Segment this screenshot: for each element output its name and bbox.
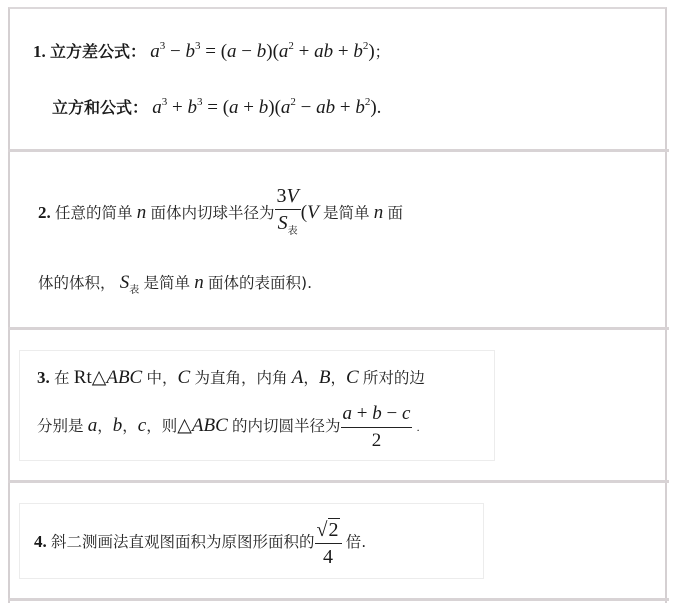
text-fragment: 倍.: [346, 533, 366, 551]
comma: ，: [97, 417, 113, 435]
var-n: n: [194, 272, 204, 293]
text-fragment: 分别是: [37, 417, 84, 435]
subscript-surface: 表: [288, 226, 298, 237]
triangle-symbol: △: [177, 415, 192, 436]
cube-difference-line: 1. 立方差公式： a3 − b3 = (a − b)(a2 + ab + b2…: [33, 41, 390, 63]
var-a: A: [292, 367, 304, 388]
cube-sum-label: 立方和公式：: [52, 98, 148, 117]
item-number: 4.: [34, 532, 47, 551]
fraction-denominator: 4: [315, 544, 342, 569]
triangle-line-1: 3. 在 Rt△ABC 中，C 为直角，内角 A，B，C 所对的边: [37, 367, 425, 389]
text-fragment: 中，: [146, 369, 177, 387]
triangle-line-2: 分别是 a，b，c，则△ABC 的内切圆半径为a + b − c2 .: [37, 398, 420, 455]
var-b: b: [113, 415, 123, 436]
rt-label: Rt: [74, 367, 92, 388]
text-fragment: 面: [387, 204, 403, 222]
cube-difference-formula: a3 − b3 = (a − b)(a2 + ab + b2): [150, 41, 374, 62]
text-fragment: 是简单: [144, 274, 191, 292]
fraction-denominator: 2: [341, 428, 413, 453]
comma: ，: [330, 369, 346, 387]
comma: ，: [122, 417, 138, 435]
text-fragment: 面体的表面积).: [208, 274, 312, 292]
sphere-line-1: 2. 任意的简单 n 面体内切球半径为3VS表(V 是简单 n 面: [38, 184, 403, 244]
section-cube-formulas: 1. 立方差公式： a3 − b3 = (a − b)(a2 + ab + b2…: [10, 9, 667, 149]
fraction-sqrt2-over-4: √24: [315, 518, 342, 569]
text-fragment: 在: [54, 369, 70, 387]
oblique-line: 4. 斜二测画法直观图面积为原图形面积的√24 倍.: [34, 514, 366, 570]
item-number: 2.: [38, 203, 51, 222]
text-fragment: ，则: [146, 417, 177, 435]
period: .: [377, 97, 382, 118]
text-fragment: 体的体积，: [38, 274, 116, 292]
var-abc: ABC: [192, 415, 228, 436]
var-b: B: [319, 367, 331, 388]
fraction-3v-over-s: 3VS表: [275, 184, 301, 244]
text-fragment: 所对的边: [363, 369, 425, 387]
text-fragment: 的内切圆半径为: [232, 417, 341, 435]
cube-difference-label: 立方差公式：: [50, 42, 146, 61]
text-fragment: 面体内切球半径为: [151, 204, 275, 222]
item-number: 1.: [33, 42, 46, 61]
divider-3: [8, 480, 669, 483]
right-triangle-inradius-box: 3. 在 Rt△ABC 中，C 为直角，内角 A，B，C 所对的边 分别是 a，…: [19, 350, 495, 461]
var-n: n: [137, 202, 147, 223]
oblique-projection-box: 4. 斜二测画法直观图面积为原图形面积的√24 倍.: [19, 503, 484, 579]
triangle-symbol: △: [92, 367, 107, 388]
var-c: C: [178, 367, 191, 388]
var-s-surface: S表: [120, 272, 140, 293]
var-n: n: [374, 202, 384, 223]
var-v: V: [307, 202, 319, 223]
section-inscribed-sphere: 2. 任意的简单 n 面体内切球半径为3VS表(V 是简单 n 面 体的体积， …: [10, 152, 667, 328]
text-fragment: 斜二测画法直观图面积为原图形面积的: [51, 533, 315, 551]
sphere-line-2: 体的体积， S表 是简单 n 面体的表面积).: [38, 272, 312, 302]
comma: ，: [303, 369, 319, 387]
text-fragment: 为直角，内角: [194, 369, 287, 387]
var-c: c: [138, 415, 146, 436]
item-number: 3.: [37, 368, 50, 387]
fraction-inradius: a + b − c2: [341, 402, 413, 453]
var-a: a: [88, 415, 98, 436]
text-fragment: 是简单: [323, 204, 370, 222]
period: .: [417, 420, 420, 434]
text-fragment: 任意的简单: [55, 204, 133, 222]
var-abc: ABC: [106, 367, 142, 388]
semicolon: ；: [375, 43, 391, 61]
sqrt-symbol: √2: [317, 518, 340, 542]
cube-sum-line: 立方和公式： a3 + b3 = (a + b)(a2 − ab + b2).: [52, 97, 381, 119]
cube-sum-formula: a3 + b3 = (a + b)(a2 − ab + b2): [152, 97, 376, 118]
var-c: C: [346, 367, 359, 388]
subscript-surface: 表: [129, 285, 139, 296]
divider-2: [8, 327, 669, 330]
divider-4: [8, 598, 669, 601]
radicand: 2: [328, 518, 340, 541]
